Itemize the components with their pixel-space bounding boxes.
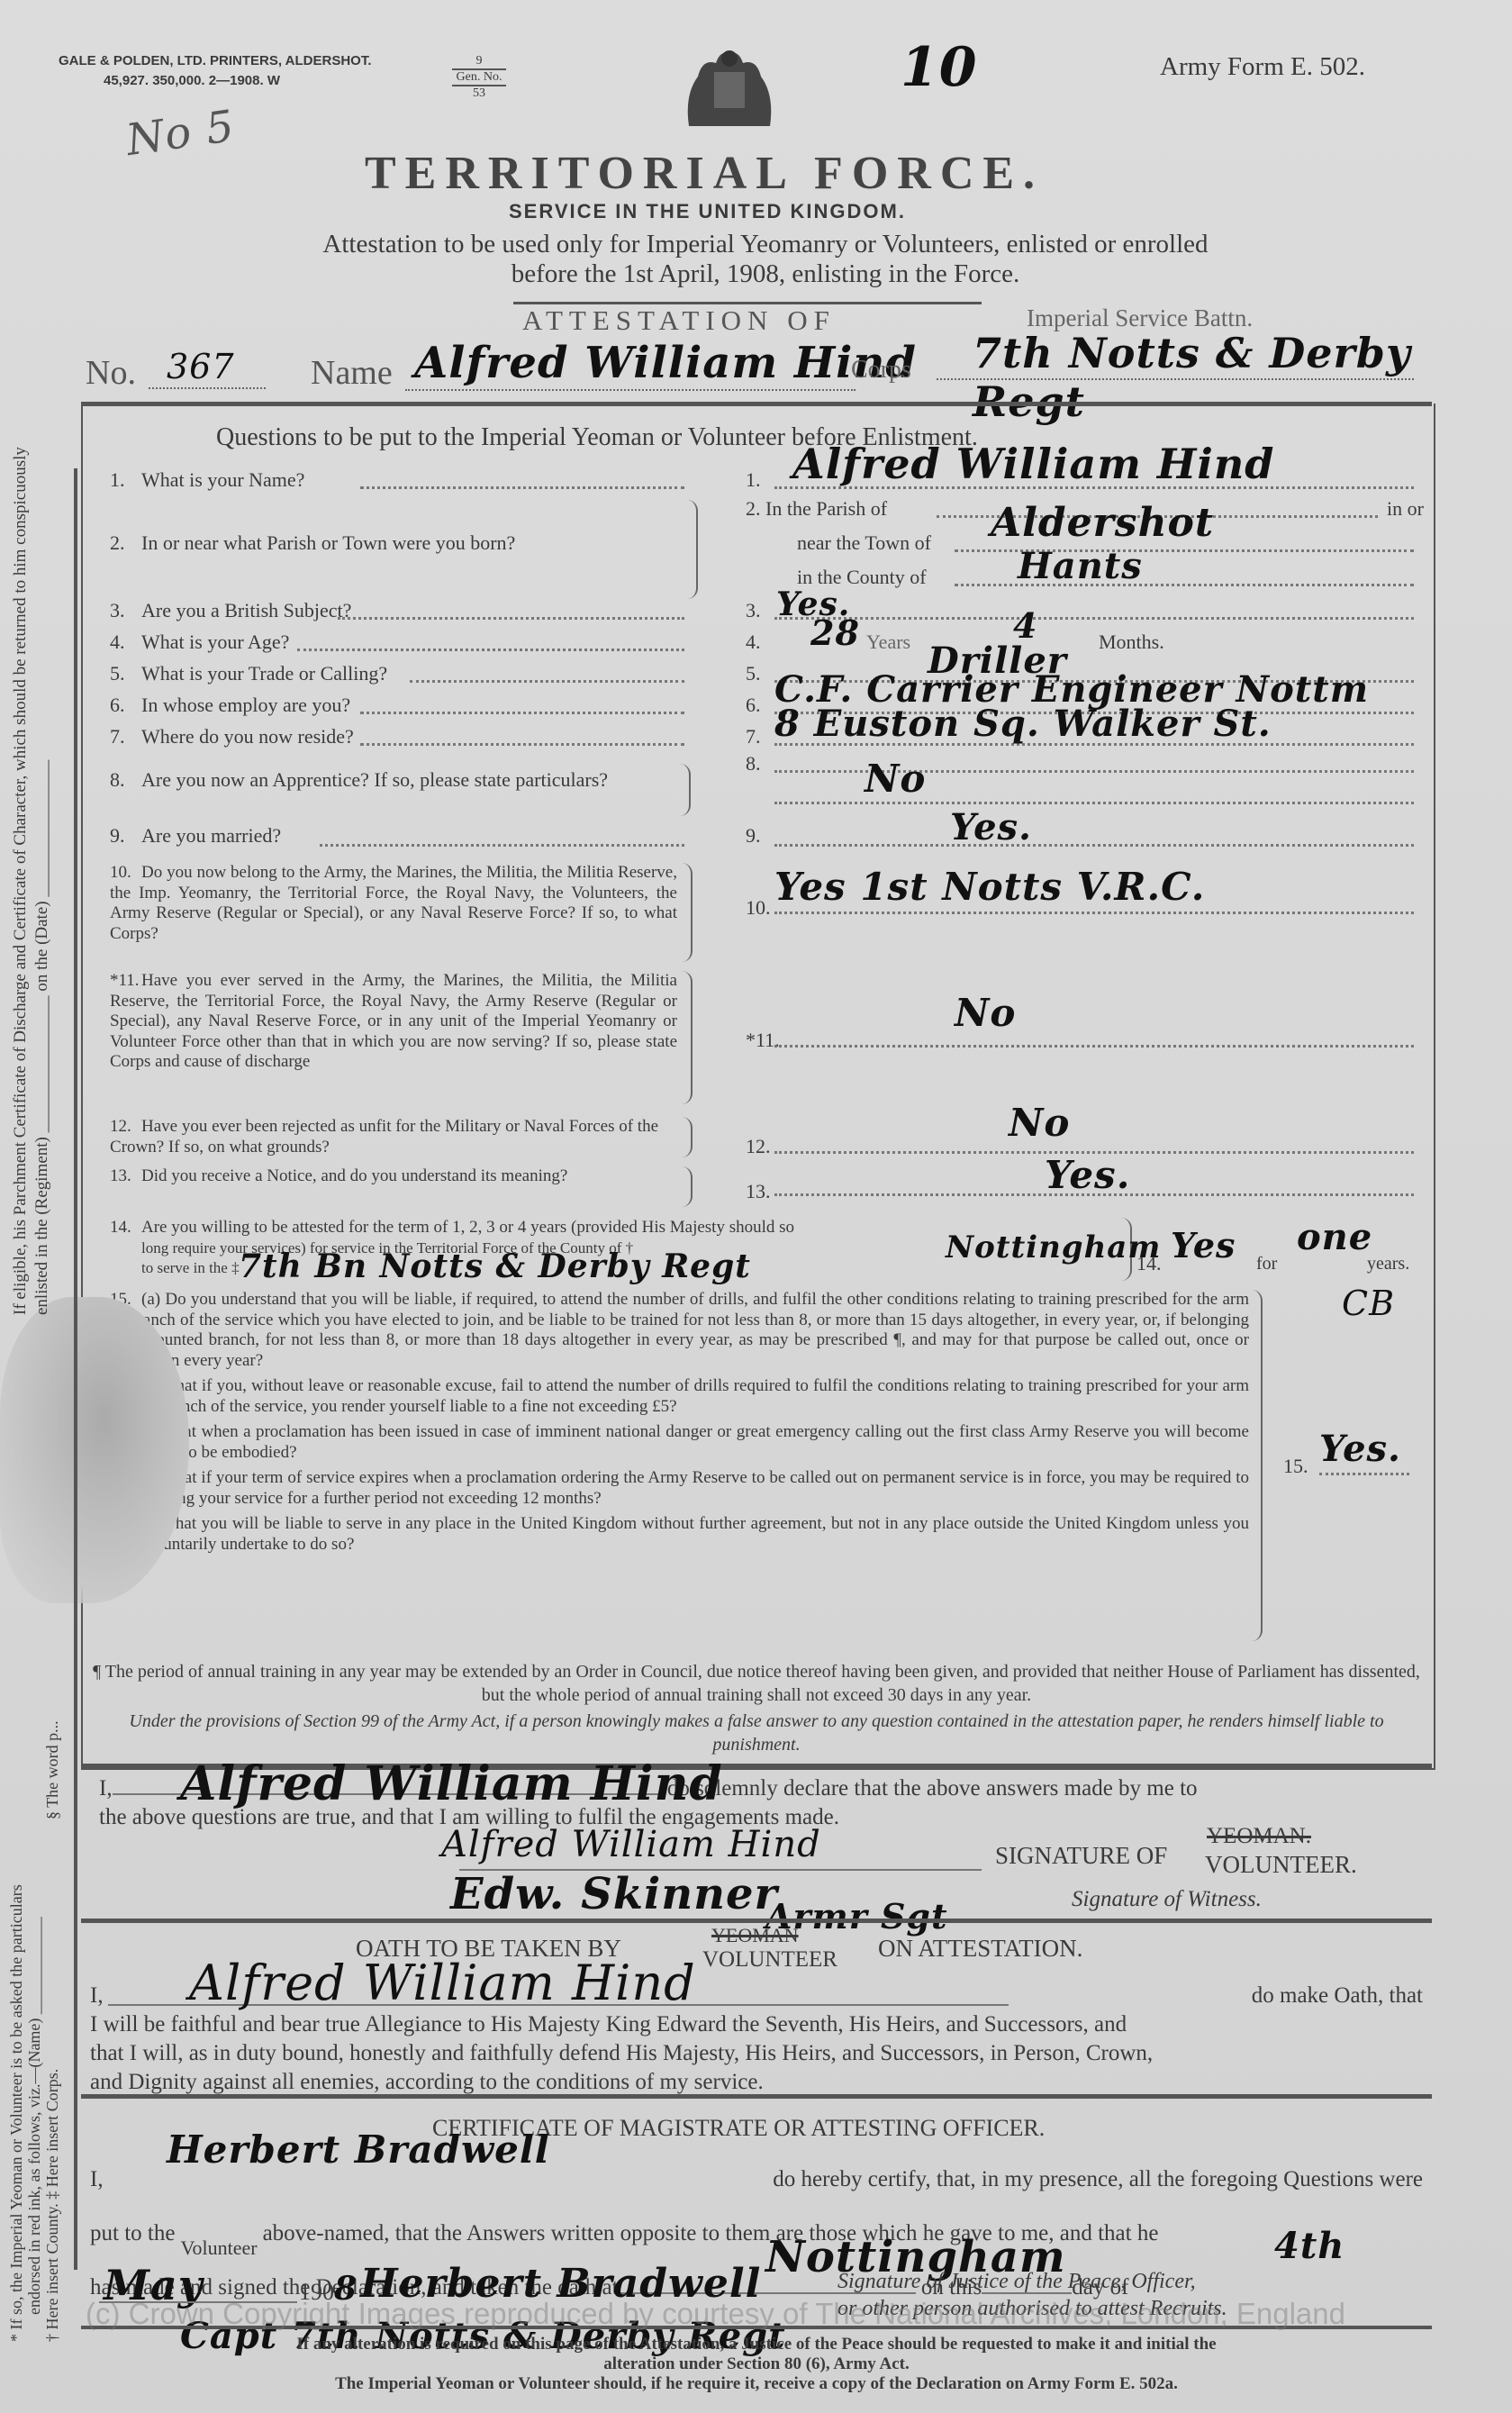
question-10: 10.Do you now belong to the Army, the Ma… [110,863,677,944]
attestation-day: 4th [1274,2225,1345,2267]
answer-14-unit: 7th Bn Notts & Derby Regt [239,1247,751,1285]
initials-mark: CB [1342,1284,1395,1323]
margin-note-top-2: enlisted in the (Regiment) _____________… [32,760,52,1315]
margin-note-top-1: If eligible, his Parchment Certificate o… [11,447,31,1315]
question-4: 4.What is your Age? [110,630,289,653]
answer-3-number: 3. [746,599,761,622]
question-9: 9.Are you married? [110,824,281,847]
attestation-form-page: GALE & POLDEN, LTD. PRINTERS, ALDERSHOT.… [0,0,1512,2413]
months-label: Months. [1099,630,1164,654]
answer-9: Yes. [950,806,1032,848]
question-11: *11.Have you ever served in the Army, th… [110,971,677,1073]
answer-5-number: 5. [746,662,761,685]
question-2: 2.In or near what Parish or Town were yo… [110,531,515,554]
gen-no-block: 9 Gen. No. 53 [452,54,506,101]
yeoman-struck: YEOMAN. [1207,1824,1311,1849]
question-1: 1.What is your Name? [110,468,304,491]
margin-note-bottom-3: † Here insert County. ‡ Here insert Corp… [43,2069,62,2342]
oath-title-right: ON ATTESTATION. [878,1935,1082,1963]
service-number: 367 [167,347,235,386]
question-12: 12.Have you ever been rejected as unfit … [110,1117,677,1157]
answer-10: Yes 1st Notts V.R.C. [774,865,1205,909]
question-6: 6.In whose employ are you? [110,694,350,716]
question-13: 13.Did you receive a Notice, and do you … [110,1166,677,1187]
answer-4-years: 28 [810,612,860,653]
answer-14-number: 14. [1136,1252,1162,1275]
printer-imprint: GALE & POLDEN, LTD. PRINTERS, ALDERSHOT.… [59,51,372,91]
training-footnote: ¶ The period of annual training in any y… [90,1660,1423,1707]
in-or-label: in or [1387,497,1424,521]
answer-14: Yes [1171,1225,1236,1265]
answer-11-number: *11. [746,1029,780,1052]
form-intro: Attestation to be used only for Imperial… [126,230,1405,289]
handwritten-ref-right: 10 [901,36,978,99]
answer-7-number: 7. [746,725,761,748]
answer-2-parish-label: 2. In the Parish of [746,497,887,521]
witness-label: Signature of Witness. [1072,1887,1262,1912]
answer-14-county: Nottingham [946,1229,1161,1265]
answer-10-number: 10. [746,896,771,920]
question-8: 8.Are you now an Apprentice? If so, plea… [110,768,686,791]
name-label: Name [311,353,393,393]
attesting-officer-name: Herbert Bradwell [167,2127,550,2172]
form-title: TERRITORIAL FORCE. [365,147,1044,200]
answer-2-county: Hants [1018,545,1143,587]
printer-line-2: 45,927. 350,000. 2—1908. W [59,71,372,91]
answer-4-number: 4. [746,630,761,654]
volunteer-label: VOLUNTEER. [1205,1851,1357,1879]
gen-no-top: 9 [452,54,506,68]
footer-notes: If any alteration is required on this pa… [90,2335,1423,2394]
question-7: 7.Where do you now reside? [110,725,354,748]
answer-1-number: 1. [746,468,761,492]
attestation-of-heading: ATTESTATION OF [522,304,836,337]
margin-rule [74,468,77,2270]
question-15: 15.(a) Do you understand that you will b… [110,1290,1249,1555]
answer-6-number: 6. [746,694,761,717]
answer-7: 8 Euston Sq. Walker St. [774,703,1272,745]
oath-yeoman-struck: YEOMAN [711,1924,799,1947]
oath-volunteer-label: VOLUNTEER [702,1947,837,1973]
declaration-name: Alfred William Hind [180,1756,723,1811]
gen-no-label: Gen. No. [452,68,506,86]
handwritten-ref-left: No 5 [123,101,238,166]
years-term-label: years. [1367,1254,1409,1275]
oath-name: Alfred William Hind [189,1955,696,2011]
name-value: Alfred William Hind [414,338,917,388]
margin-note-bottom-1: * If so, the Imperial Yeoman or Voluntee… [7,1884,26,2342]
answer-11: No [955,991,1016,1035]
sig-label-1: Signature of Justice of the Peace, Offic… [837,2270,1196,2294]
answer-8: No [865,757,926,801]
corps-label: Corps [851,356,911,385]
gen-no-bottom: 53 [452,86,506,101]
answer-12: No [1009,1101,1070,1145]
answer-14-term: one [1297,1216,1372,1258]
false-answer-warning: Under the provisions of Section 99 of th… [90,1710,1423,1756]
margin-note-bottom-2: endorsed in red ink, as follows, viz.—(N… [25,1917,44,2315]
answer-12-number: 12. [746,1135,771,1158]
form-subtitle: SERVICE IN THE UNITED KINGDOM. [509,200,906,223]
question-3: 3.Are you a British Subject? [110,599,351,621]
witness-signature: Edw. Skinner [450,1869,778,1919]
answer-1: Alfred William Hind [792,440,1274,488]
question-5: 5.What is your Trade or Calling? [110,662,387,685]
volunteer-signature: Alfred William Hind [441,1824,821,1865]
answer-2-town-label: near the Town of [797,531,931,555]
answer-15: Yes. [1319,1428,1401,1470]
army-form-number: Army Form E. 502. [1160,52,1365,82]
answer-13: Yes. [1045,1153,1130,1197]
answer-8-number: 8. [746,752,761,776]
answer-13-number: 13. [746,1180,771,1203]
answer-2-town: Aldershot [991,500,1214,546]
intro-line-2: before the 1st April, 1908, enlisting in… [126,259,1405,289]
answer-15-number: 15. [1283,1455,1308,1478]
copyright-watermark: (c) Crown Copyright Images reproduced by… [86,2297,1345,2331]
printer-line-1: GALE & POLDEN, LTD. PRINTERS, ALDERSHOT. [59,51,372,71]
answer-9-number: 9. [746,824,761,848]
signature-of-label: SIGNATURE OF [995,1842,1167,1870]
royal-coat-of-arms-icon [680,41,779,140]
margin-note-bottom-4: § The word p... [43,1720,62,1819]
no-label: No. [86,353,136,393]
years-label: Years [866,630,910,654]
intro-line-1: Attestation to be used only for Imperial… [126,230,1405,259]
for-label: for [1256,1254,1277,1275]
